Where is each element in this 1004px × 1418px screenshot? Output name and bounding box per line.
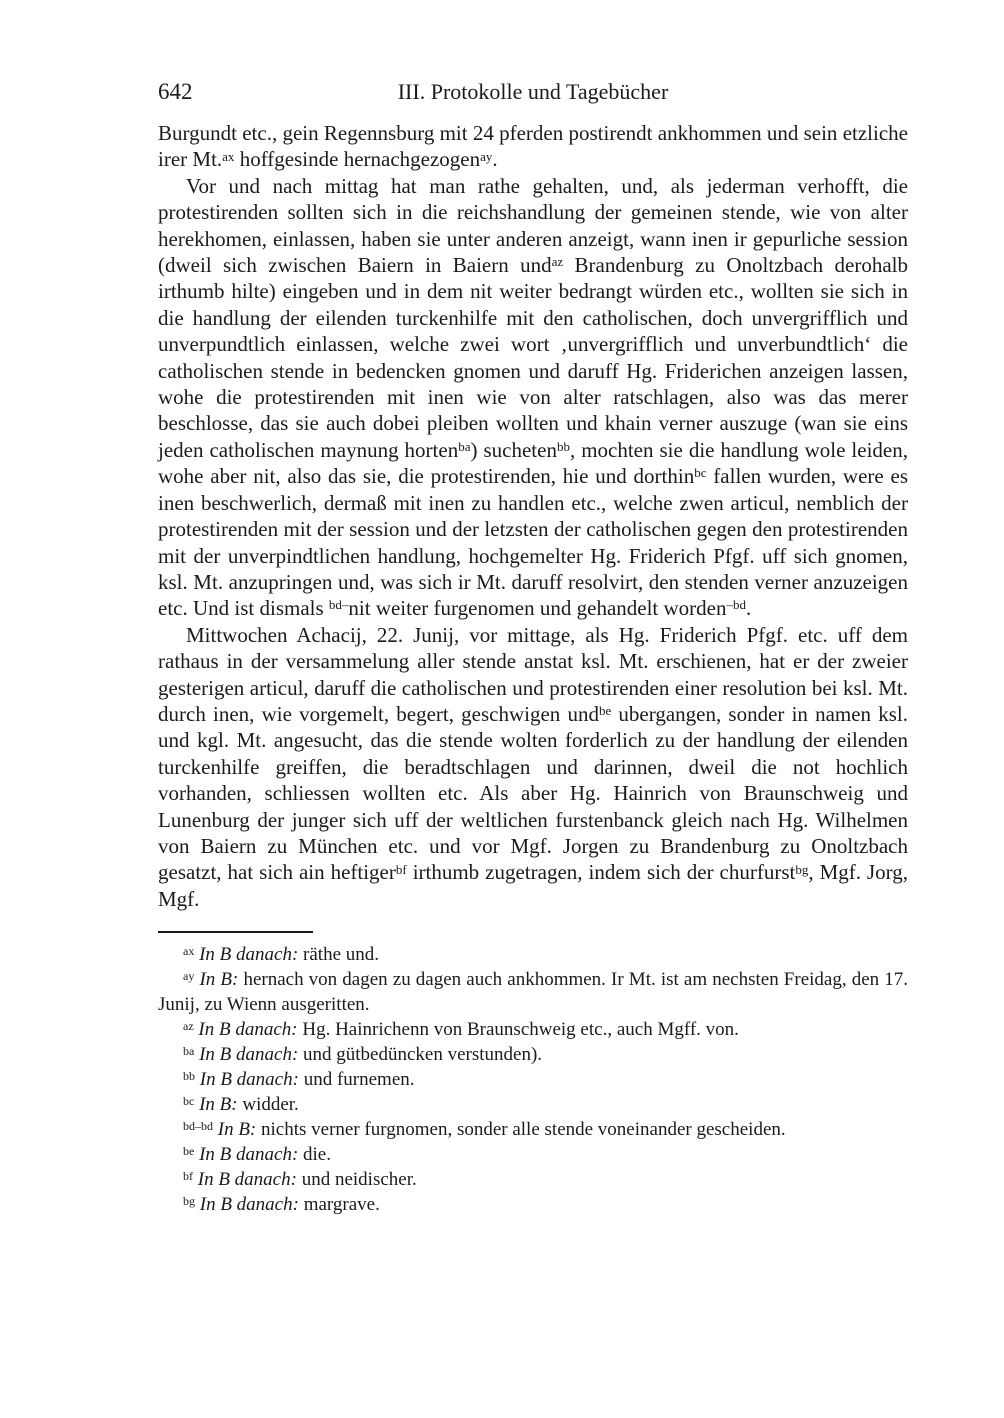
footnote-item: ay In B: hernach von dagen zu dagen auch… xyxy=(158,967,908,1017)
footnote-item: bg In B danach: margrave. xyxy=(158,1192,908,1217)
footnote-item: bb In B danach: und furnemen. xyxy=(158,1067,908,1092)
footnote-sigil: az xyxy=(183,1019,194,1033)
footnote-source-label: In B: xyxy=(199,969,238,990)
footnote-marker: ay xyxy=(480,149,492,164)
footnote-item: bc In B: widder. xyxy=(158,1092,908,1117)
footnote-marker: –bd xyxy=(727,597,747,612)
footnote-source-label: In B danach: xyxy=(199,1144,298,1165)
footnote-source-label: In B danach: xyxy=(199,944,298,965)
page-number: 642 xyxy=(158,78,193,105)
footnote-sigil: bd–bd xyxy=(183,1119,213,1133)
footnote-sigil: bc xyxy=(183,1094,194,1108)
page-header: 642 III. Protokolle und Tagebücher xyxy=(158,78,908,105)
footnote-source-label: In B danach: xyxy=(198,1169,297,1190)
footnote-marker: ax xyxy=(222,149,234,164)
footnote-sigil: bg xyxy=(183,1194,195,1208)
footnote-marker: bc xyxy=(694,465,706,480)
body-paragraph: Burgundt etc., gein Regennsburg mit 24 p… xyxy=(158,120,908,173)
main-text-block: Burgundt etc., gein Regennsburg mit 24 p… xyxy=(158,120,908,912)
footnote-sigil: ay xyxy=(183,969,194,983)
footnote-marker: ba xyxy=(458,439,470,454)
body-paragraph: Vor und nach mittag hat man rathe gehalt… xyxy=(158,173,908,622)
footnote-marker: bf xyxy=(396,862,407,877)
footnote-source-label: In B danach: xyxy=(200,1194,299,1215)
footnote-sigil: bf xyxy=(183,1169,193,1183)
footnote-item: bd–bd In B: nichts verner furgnomen, son… xyxy=(158,1117,908,1142)
footnote-marker: be xyxy=(599,703,611,718)
footnote-separator-rule xyxy=(158,931,313,933)
footnote-item: az In B danach: Hg. Hainrichenn von Brau… xyxy=(158,1017,908,1042)
footnote-source-label: In B: xyxy=(199,1094,238,1115)
footnote-item: be In B danach: die. xyxy=(158,1142,908,1167)
footnote-item: bf In B danach: und neidischer. xyxy=(158,1167,908,1192)
footnote-sigil: bb xyxy=(183,1069,195,1083)
footnote-item: ax In B danach: räthe und. xyxy=(158,942,908,967)
footnote-source-label: In B danach: xyxy=(199,1044,298,1065)
footnote-source-label: In B: xyxy=(218,1119,257,1140)
body-paragraph: Mittwochen Achacij, 22. Junij, vor mitta… xyxy=(158,622,908,912)
footnote-marker: bd– xyxy=(329,597,349,612)
footnote-marker: bg xyxy=(795,862,808,877)
footnote-source-label: In B danach: xyxy=(200,1069,299,1090)
footnotes-block: ax In B danach: räthe und.ay In B: herna… xyxy=(158,942,908,1217)
footnote-item: ba In B danach: und gütbedüncken verstun… xyxy=(158,1042,908,1067)
running-title: III. Protokolle und Tagebücher xyxy=(398,78,669,105)
book-page: 642 III. Protokolle und Tagebücher Burgu… xyxy=(0,0,1004,1418)
footnote-sigil: ax xyxy=(183,944,194,958)
footnote-marker: az xyxy=(552,254,564,269)
footnote-sigil: ba xyxy=(183,1044,194,1058)
footnote-marker: bb xyxy=(557,439,570,454)
footnote-source-label: In B danach: xyxy=(198,1019,297,1040)
footnote-sigil: be xyxy=(183,1144,194,1158)
